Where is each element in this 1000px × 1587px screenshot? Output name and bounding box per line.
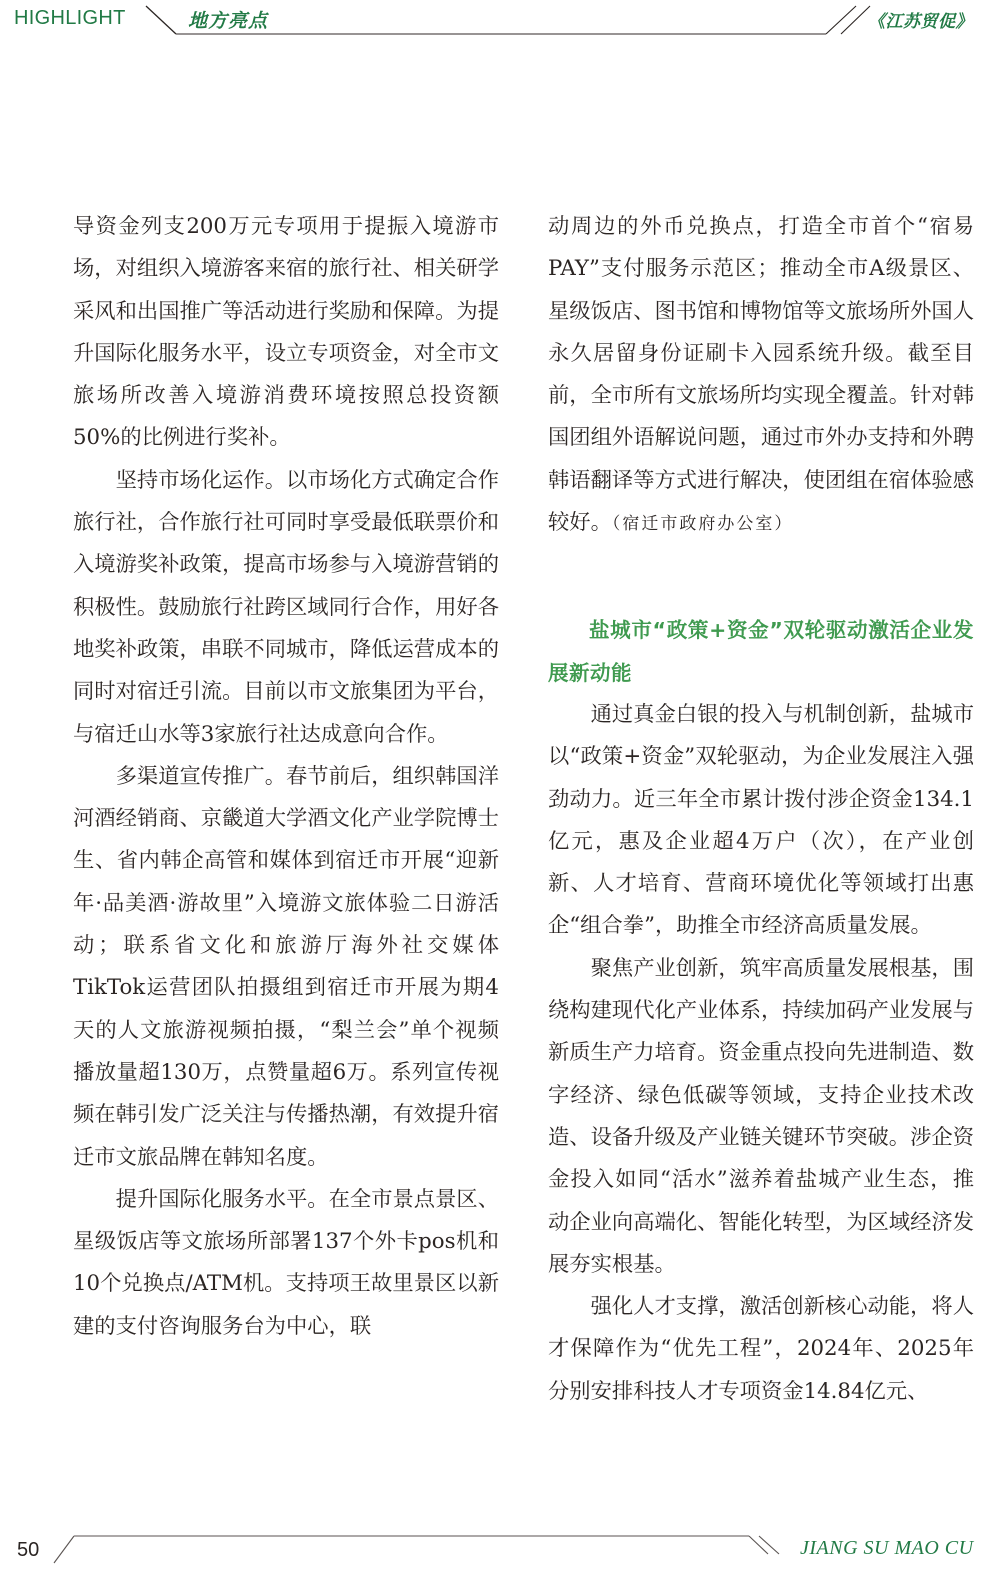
- paragraph: 通过真金白银的投入与机制创新，盐城市以“政策+资金”双轮驱动，为企业发展注入强劲…: [548, 694, 974, 948]
- magazine-title: 《江苏贸促》: [868, 7, 973, 32]
- page-header: HIGHLIGHT 地方亮点 《江苏贸促》: [0, 0, 1000, 45]
- paragraph: 多渠道宣传推广。春节前后，组织韩国洋河酒经销商、京畿道大学酒文化产业学院博士生、…: [73, 756, 499, 1179]
- paragraph: 强化人才支撑，激活创新核心动能，将人才保障作为“优先工程”，2024年、2025…: [548, 1286, 974, 1413]
- paragraph: 导资金列支200万元专项用于提振入境游市场，对组织入境游客来宿的旅行社、相关研学…: [73, 206, 499, 460]
- paragraph: 动周边的外币兑换点，打造全市首个“宿易PAY”支付服务示范区；推动全市A级景区、…: [548, 206, 974, 545]
- paragraph: 坚持市场化运作。以市场化方式确定合作旅行社，合作旅行社可同时享受最低联票价和入境…: [73, 460, 499, 756]
- paragraph: 聚焦产业创新，筑牢高质量发展根基，围绕构建现代化产业体系，持续加码产业发展与新质…: [548, 948, 974, 1286]
- source-attribution: （宿迁市政府办公室）: [612, 514, 794, 534]
- page-number: 50: [17, 1539, 39, 1562]
- magazine-name-english: JIANG SU MAO CU: [800, 1537, 974, 1560]
- paragraph-text: 动周边的外币兑换点，打造全市首个“宿易PAY”支付服务示范区；推动全市A级景区、…: [548, 214, 974, 535]
- article-heading: 盐城市“政策+资金”双轮驱动激活企业发展新动能: [548, 609, 974, 694]
- page-footer: 50 JIANG SU MAO CU: [0, 1530, 1000, 1587]
- paragraph: 提升国际化服务水平。在全市景点景区、星级饭店等文旅场所部署137个外卡pos机和…: [73, 1179, 499, 1348]
- right-text-column: 动周边的外币兑换点，打造全市首个“宿易PAY”支付服务示范区；推动全市A级景区、…: [548, 206, 974, 1413]
- left-text-column: 导资金列支200万元专项用于提振入境游市场，对组织入境游客来宿的旅行社、相关研学…: [73, 206, 499, 1348]
- header-rule-lines: [0, 0, 1000, 45]
- highlight-label: HIGHLIGHT: [14, 7, 126, 30]
- section-title-local-highlights: 地方亮点: [188, 6, 268, 33]
